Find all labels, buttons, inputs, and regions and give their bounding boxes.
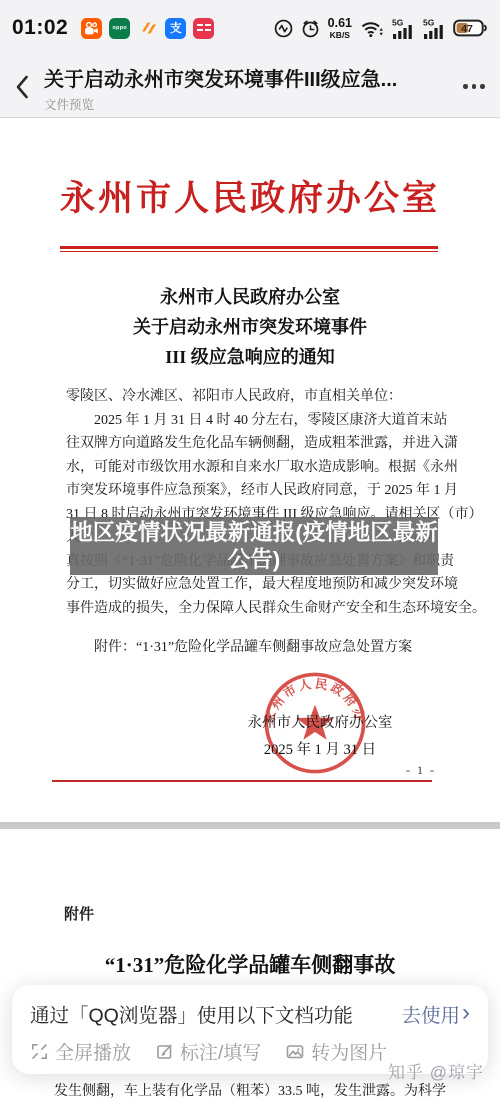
network-speed: 0.61 KB/S xyxy=(328,17,352,39)
convert-to-image-button[interactable]: 转为图片 xyxy=(285,1038,387,1065)
doc-title-line2: 关于启动永州市突发环境事件 xyxy=(0,312,500,342)
phone-screen: 01:02 oppo 支 0.6 xyxy=(0,0,500,1100)
battery-icon: 47 xyxy=(453,18,488,38)
letterhead-rule xyxy=(60,246,438,252)
doc-body-line: 零陵区、冷水滩区、祁阳市人民政府，市直相关单位： xyxy=(66,385,436,409)
go-use-button[interactable]: 去使用 › xyxy=(401,1000,470,1028)
page-subtitle: 文件预览 xyxy=(44,95,448,113)
doc-body-line: 水，可能对市级饮用水源和自来水厂取水造成影响。根据《永州 xyxy=(66,456,436,480)
status-right: 0.61 KB/S 5G 5G 47 xyxy=(273,17,488,40)
bottom-sheet-title: 通过「QQ浏览器」使用以下文档功能 xyxy=(30,1000,353,1028)
alipay-label: 支 xyxy=(170,22,182,34)
feature-label: 全屏播放 xyxy=(55,1038,131,1065)
annotate-icon xyxy=(155,1042,174,1061)
doc-body-line: 发生侧翻，车上装有化学品（粗苯）33.5 吨，发生泄露。为科学 xyxy=(40,1080,460,1100)
more-dot xyxy=(480,84,485,89)
data-saver-icon xyxy=(273,18,294,39)
doc-body: 零陵区、冷水滩区、祁阳市人民政府，市直相关单位： 2025 年 1 月 31 日… xyxy=(66,385,436,620)
status-left: 01:02 oppo 支 xyxy=(12,16,214,40)
document-viewer[interactable]: 永州市人民政府办公室 永州市人民政府办公室 关于启动永州市突发环境事件 III … xyxy=(0,119,500,1100)
fullscreen-icon xyxy=(30,1042,49,1061)
nav-titles: 关于启动永州市突发环境事件III级应急... 文件预览 xyxy=(44,61,448,113)
doc-sign-date: 2025 年 1 月 31 日 xyxy=(220,738,420,759)
clock: 01:02 xyxy=(12,16,68,40)
more-dot xyxy=(472,84,477,89)
doc-body-line: 市突发环境事件应急预案》，经市人民政府同意，于 2025 年 1 月 xyxy=(66,479,436,503)
doc-title: 永州市人民政府办公室 关于启动永州市突发环境事件 III 级应急响应的通知 xyxy=(0,282,500,372)
kuaishou-app-icon xyxy=(81,18,102,39)
feature-label: 转为图片 xyxy=(311,1038,387,1065)
page-divider xyxy=(0,822,500,829)
document-page-1: 永州市人民政府办公室 永州市人民政府办公室 关于启动永州市突发环境事件 III … xyxy=(0,119,500,822)
signal-1-icon: 5G xyxy=(391,17,416,40)
feature-label: 标注/填写 xyxy=(180,1038,261,1065)
image-icon xyxy=(285,1042,305,1061)
red-app-icon xyxy=(193,18,214,39)
caption-overlay: 地区疫情状况最新通报(疫情地区最新公告) xyxy=(70,517,438,575)
nav-bar: 关于启动永州市突发环境事件III级应急... 文件预览 xyxy=(0,56,500,118)
doc-footer-rule xyxy=(52,780,432,782)
attachment-title-line1: “1·31”危险化学品罐车侧翻事故 xyxy=(0,949,500,979)
annotate-fill-button[interactable]: 标注/填写 xyxy=(155,1038,261,1065)
attachment-label: 附件 xyxy=(64,903,94,924)
network-speed-value: 0.61 xyxy=(328,17,352,30)
zhihu-watermark: 知乎 @琼宇 xyxy=(388,1058,484,1083)
signal-2-icon: 5G xyxy=(422,17,447,40)
doc-body-line: 分工，切实做好应急处置工作，最大程度地预防和减少突发环境 xyxy=(66,573,436,597)
wifi-icon xyxy=(359,17,385,39)
doc-body-line: 往双牌方向道路发生危化品车辆侧翻，造成粗苯泄露，并进入潇 xyxy=(66,432,436,456)
doc-title-line3: III 级应急响应的通知 xyxy=(0,342,500,372)
battery-level: 47 xyxy=(461,23,473,35)
network-type-2: 5G xyxy=(423,17,435,27)
status-bar: 01:02 oppo 支 0.6 xyxy=(0,0,500,56)
fullscreen-play-button[interactable]: 全屏播放 xyxy=(30,1038,131,1065)
chevron-right-icon: › xyxy=(462,1001,470,1025)
back-button[interactable] xyxy=(0,56,44,118)
alipay-app-icon: 支 xyxy=(165,18,186,39)
doc-signer: 永州市人民政府办公室 xyxy=(220,711,420,732)
double-slash-app-icon xyxy=(137,18,158,39)
network-speed-unit: KB/S xyxy=(330,31,350,40)
caption-text: 地区疫情状况最新通报(疫情地区最新公告) xyxy=(70,519,438,573)
oppo-label: oppo xyxy=(112,25,127,31)
alarm-icon xyxy=(300,18,321,39)
doc-body-line: 2025 年 1 月 31 日 4 时 40 分左右，零陵区康济大道首末站 xyxy=(66,409,436,433)
page-title: 关于启动永州市突发环境事件III级应急... xyxy=(44,63,448,92)
doc-body-line: 事件造成的损失，全力保障人民群众生命财产安全和生态环境安全。 xyxy=(66,597,436,621)
more-dot xyxy=(463,84,468,89)
network-type-1: 5G xyxy=(392,17,404,27)
doc-letterhead: 永州市人民政府办公室 xyxy=(0,171,500,221)
doc-page-number: - 1 - xyxy=(406,763,436,778)
go-use-label: 去使用 xyxy=(401,1000,460,1028)
more-options-button[interactable] xyxy=(448,56,500,118)
doc-title-line1: 永州市人民政府办公室 xyxy=(0,282,500,312)
oppo-app-icon: oppo xyxy=(109,18,130,39)
doc-attachment-line: 附件：“1·31”危险化学品罐车侧翻事故应急处置方案 xyxy=(66,636,436,656)
